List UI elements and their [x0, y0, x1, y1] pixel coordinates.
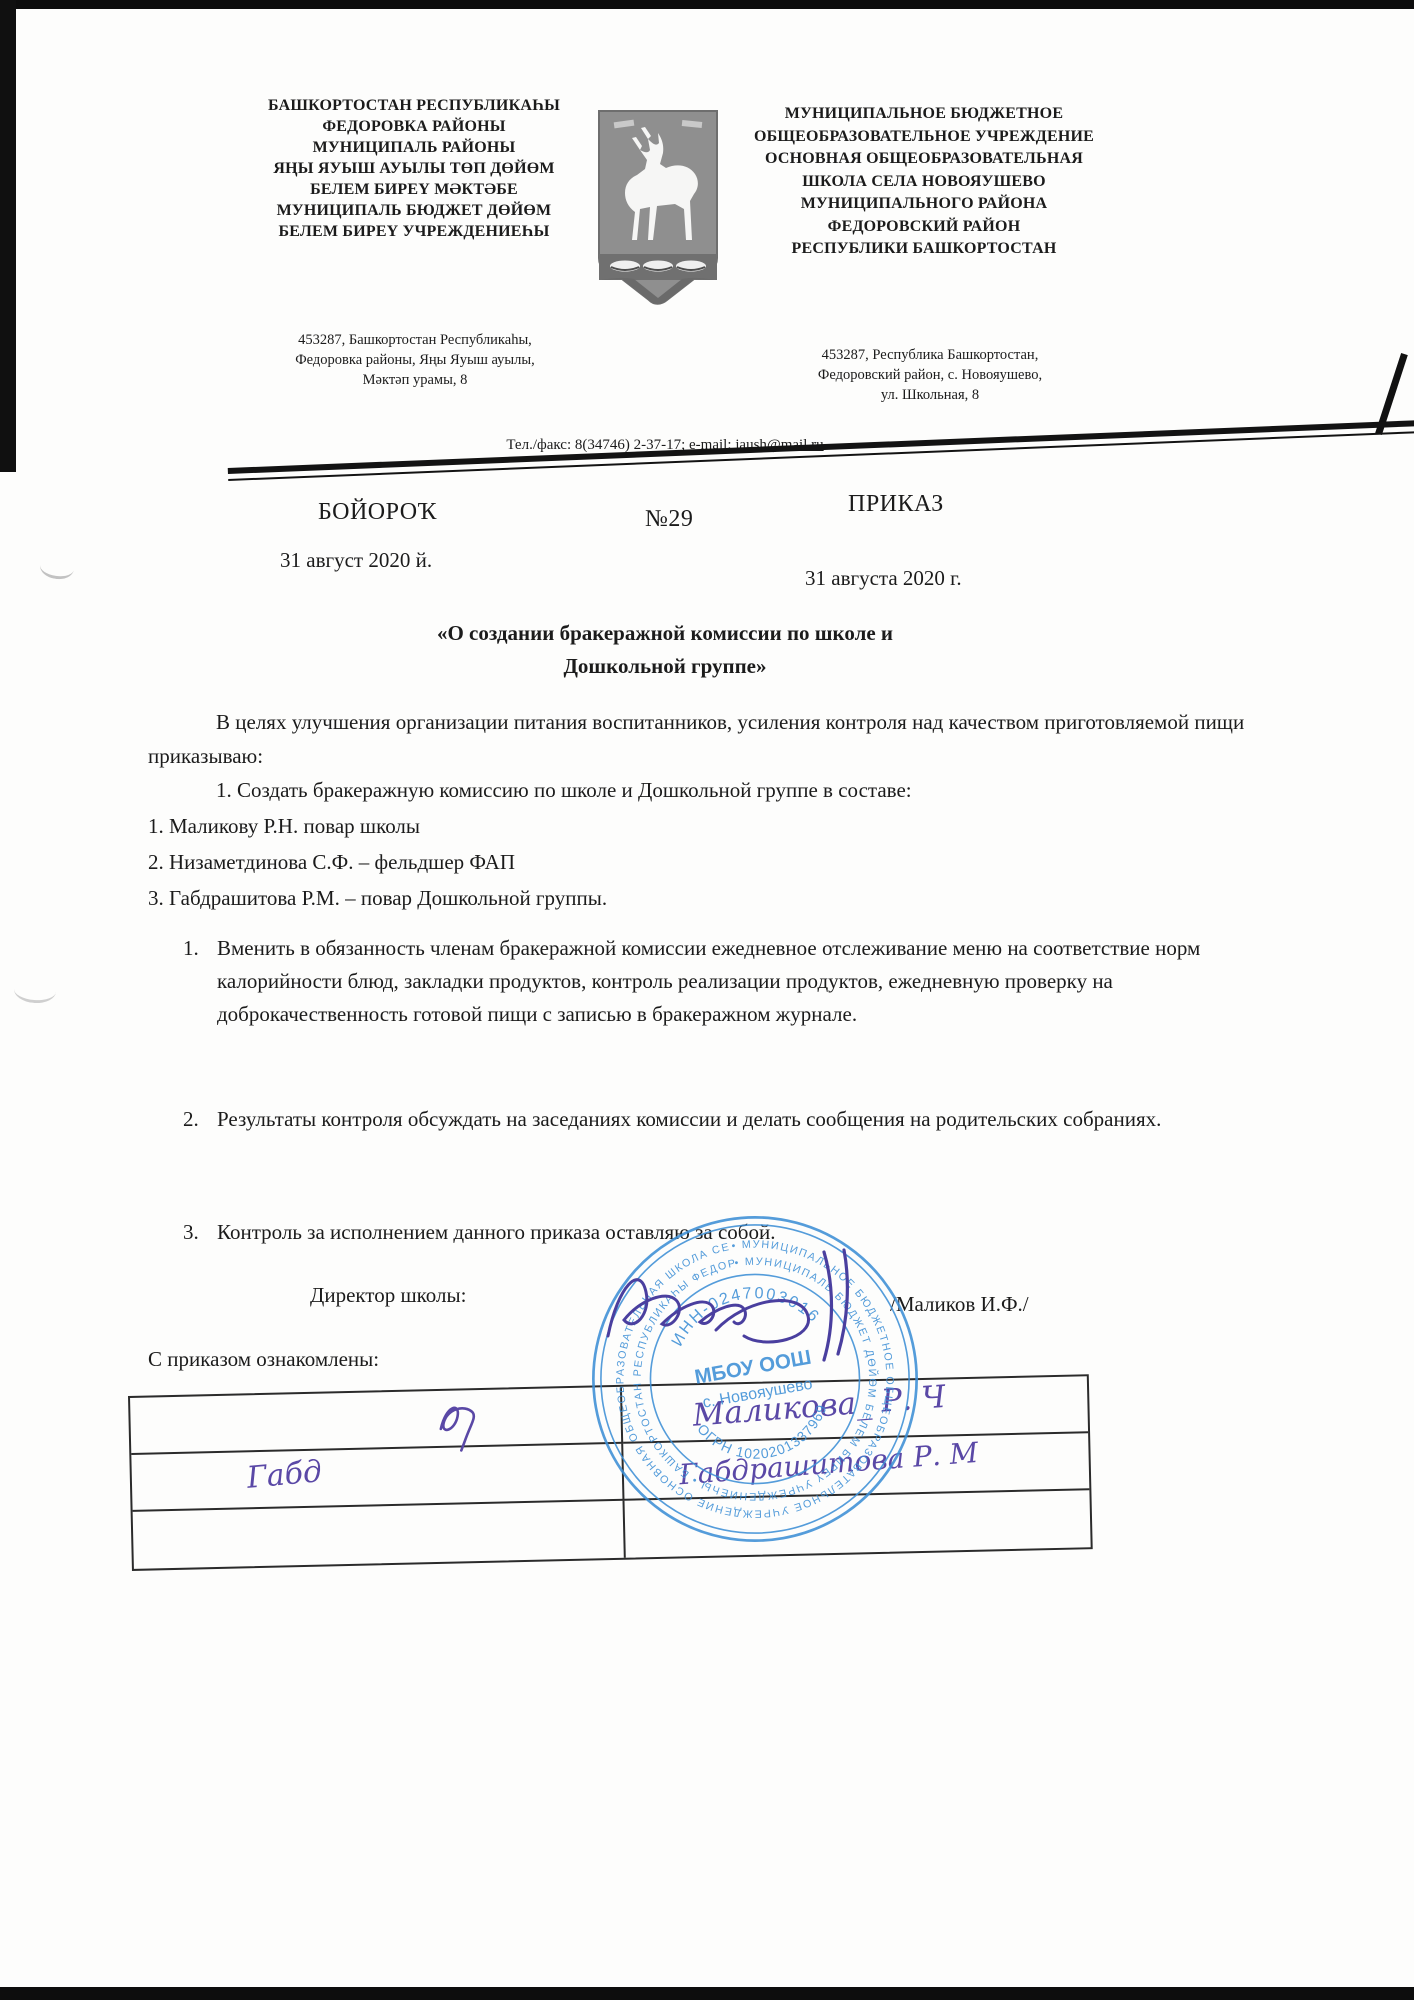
- stamp-ogrn-text: ОГРН 1020201337969: [693, 1399, 837, 1472]
- director-signature-scribble: [596, 1238, 906, 1378]
- member-item: 1. Маликову Р.Н. повар школы: [148, 808, 1274, 844]
- order-item-1: 1. Вменить в обязанность членам бракераж…: [183, 932, 1201, 1031]
- date-russian: 31 августа 2020 г.: [805, 566, 962, 591]
- order-word-russian: ПРИКАЗ: [848, 491, 944, 518]
- order-title: «О создании бракеражной комиссии по школ…: [300, 617, 1030, 683]
- scan-edge-bottom: [0, 1987, 1414, 2000]
- org-name-bashkir: БАШКОРТОСТАН РЕСПУБЛИКАҺЫ ФЕДОРОВКА РАЙО…: [238, 95, 590, 242]
- order-number: №29: [645, 506, 693, 533]
- scan-edge-left: [0, 0, 16, 472]
- signature-scribble: Габд: [245, 1454, 323, 1496]
- address-russian: 453287, Республика Башкортостан, Федоров…: [760, 345, 1100, 405]
- scanned-order-document: БАШКОРТОСТАН РЕСПУБЛИКАҺЫ ФЕДОРОВКА РАЙО…: [0, 0, 1414, 2000]
- create-commission-line: 1. Создать бракеражную комиссию по школе…: [148, 773, 1274, 807]
- date-bashkir: 31 август 2020 й.: [280, 548, 432, 573]
- svg-text:ОГРН 1020201337969: ОГРН 1020201337969: [693, 1399, 837, 1472]
- table-cell: [133, 1501, 626, 1569]
- address-bashkir: 453287, Башкортостан Республикаһы, Федор…: [240, 330, 590, 390]
- org-name-russian: МУНИЦИПАЛЬНОЕ БЮДЖЕТНОЕ ОБЩЕОБРАЗОВАТЕЛЬ…: [733, 103, 1115, 261]
- scan-smudge: [13, 977, 57, 1005]
- acknowledged-label: С приказом ознакомлены:: [148, 1342, 379, 1376]
- moose-emblem-icon: [594, 108, 722, 310]
- order-item-2: 2. Результаты контроля обсуждать на засе…: [183, 1103, 1201, 1136]
- scan-smudge: [39, 554, 76, 582]
- director-label: Директор школы:: [310, 1278, 466, 1312]
- member-item: 3. Габдрашитова Р.М. – повар Дошкольной …: [148, 880, 1274, 916]
- member-item: 2. Низаметдинова С.Ф. – фельдшер ФАП: [148, 844, 1274, 880]
- members-list: 1. Маликову Р.Н. повар школы 2. Низаметд…: [148, 808, 1274, 916]
- scan-edge-top: [0, 0, 1414, 9]
- order-word-bashkir: БОЙОРОҠ: [318, 499, 437, 526]
- intro-paragraph: В целях улучшения организации питания во…: [148, 705, 1274, 773]
